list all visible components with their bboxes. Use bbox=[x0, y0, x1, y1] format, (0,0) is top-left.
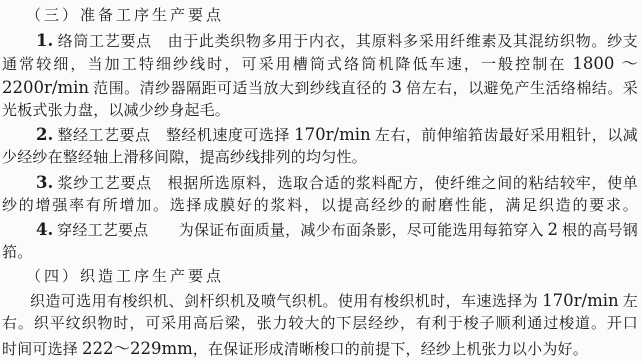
numeric-value: 2200r/min bbox=[2, 78, 89, 97]
text-run: 纱的增强率有所增加。选择成膜好的浆料，以提高经纱的耐磨性能，满足织造的要求。 bbox=[2, 198, 638, 214]
text-line: 1. 络筒工艺要点 由于此类织物多用于内衣，其原料多采用纤维素及其混纺织物。纱支 bbox=[2, 29, 638, 53]
text-run: 筘。 bbox=[2, 245, 32, 261]
text-run: 根的高号钢 bbox=[558, 223, 638, 239]
text-line: 纱的增强率有所增加。选择成膜好的浆料，以提高经纱的耐磨性能，满足织造的要求。 bbox=[2, 195, 638, 219]
text-line: 2. 整经工艺要点 整经机速度可选择 170r/min 左右，前伸缩筘齿最好采用… bbox=[2, 123, 638, 147]
text-run: （三）准备工序生产要点 bbox=[26, 8, 224, 24]
text-run: 范围。清纱器隔距可适当放大到纱线直径的 bbox=[89, 81, 391, 97]
numeric-value: 2 bbox=[548, 220, 559, 239]
text-run: 少经纱在整经轴上滑移间隙，提高纱线排列的均匀性。 bbox=[2, 150, 367, 166]
text-line: 右。织平纹织物时，可采用高后梁，张力较大的下层经纱，有利于梭子顺利通过梭道。开口 bbox=[2, 313, 638, 337]
text-run: 光板式张力盘，以减少纱身起毛。 bbox=[2, 103, 230, 119]
text-run: ，在保证形成清晰梭口的前提下，经纱上机张力以小为好。 bbox=[193, 342, 588, 358]
text-run: 通常较细，当加工特细纱线时，可采用槽筒式络筒机降低车速，一般控制在 bbox=[2, 57, 572, 73]
text-line: 3. 浆纱工艺要点 根据所选原料，选取合适的浆料配方，使纤维之间的粘结较牢，使单 bbox=[2, 171, 638, 195]
list-number: 4. bbox=[36, 220, 53, 239]
numeric-value: 3 bbox=[391, 78, 402, 97]
numeric-value: 170r/min bbox=[294, 125, 371, 144]
text-line: 2200r/min 范围。清纱器隔距可适当放大到纱线直径的 3 倍左右，以避免产… bbox=[2, 76, 638, 100]
text-line: 通常较细，当加工特细纱线时，可采用槽筒式络筒机降低车速，一般控制在 1800 ～ bbox=[2, 52, 638, 76]
text-run: 时间可选择 bbox=[2, 342, 82, 358]
text-run: 右。织平纹织物时，可采用高后梁，张力较大的下层经纱，有利于梭子顺利通过梭道。开口 bbox=[2, 316, 638, 332]
numeric-value: 170r/min bbox=[542, 291, 619, 310]
text-line: 筘。 bbox=[2, 242, 638, 266]
text-run: 左 bbox=[619, 294, 638, 310]
numeric-value: 222～229mm bbox=[82, 339, 193, 358]
text-run: 浆纱工艺要点 根据所选原料，选取合适的浆料配方，使纤维之间的粘结较牢，使单 bbox=[53, 176, 638, 192]
list-number: 1. bbox=[36, 31, 53, 50]
text-line: 时间可选择 222～229mm，在保证形成清晰梭口的前提下，经纱上机张力以小为好… bbox=[2, 337, 638, 361]
text-run: 整经工艺要点 整经机速度可选择 bbox=[53, 128, 294, 144]
text-run: 络筒工艺要点 由于此类织物多用于内衣，其原料多采用纤维素及其混纺织物。纱支 bbox=[53, 34, 638, 50]
list-number: 2. bbox=[36, 125, 53, 144]
text-run: 织造可选用有梭织机、剑杆织机及喷气织机。使用有梭织机时，车速选择为 bbox=[30, 294, 542, 310]
text-line: 4. 穿经工艺要点 为保证布面质量，减少布面条影，尽可能选用每筘穿入 2 根的高… bbox=[2, 218, 638, 242]
text-line: 光板式张力盘，以减少纱身起毛。 bbox=[2, 100, 638, 124]
section-heading: （三）准备工序生产要点 bbox=[2, 5, 638, 29]
text-block: （三）准备工序生产要点1. 络筒工艺要点 由于此类织物多用于内衣，其原料多采用纤… bbox=[2, 5, 638, 360]
section-heading: （四）织造工序生产要点 bbox=[2, 266, 638, 290]
list-number: 3. bbox=[36, 173, 53, 192]
text-run: （四）织造工序生产要点 bbox=[26, 269, 224, 285]
document-page: （三）准备工序生产要点1. 络筒工艺要点 由于此类织物多用于内衣，其原料多采用纤… bbox=[0, 0, 641, 361]
text-run: 穿经工艺要点 为保证布面质量，减少布面条影，尽可能选用每筘穿入 bbox=[53, 223, 547, 239]
text-line: 织造可选用有梭织机、剑杆织机及喷气织机。使用有梭织机时，车速选择为 170r/m… bbox=[2, 289, 638, 313]
text-line: 少经纱在整经轴上滑移间隙，提高纱线排列的均匀性。 bbox=[2, 147, 638, 171]
text-run: 左右，前伸缩筘齿最好采用粗针，以减 bbox=[371, 128, 638, 144]
numeric-value: 1800 ～ bbox=[572, 54, 638, 73]
